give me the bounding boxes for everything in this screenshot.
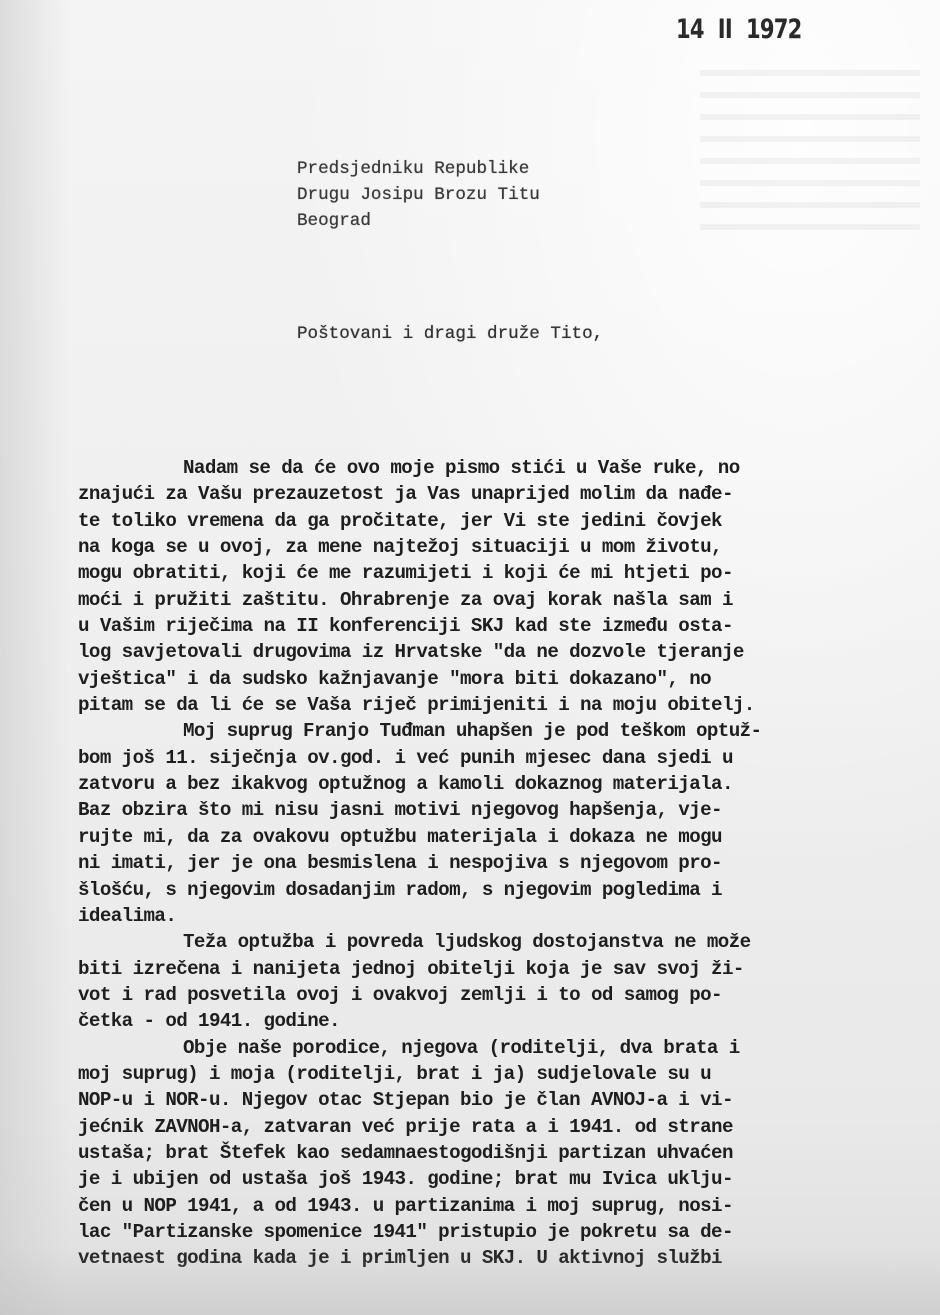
body-line: vot i rad posvetila ovoj i ovakvoj zemlj… <box>78 982 938 1008</box>
salutation: Poštovani i dragi druže Tito, <box>297 324 603 344</box>
date-day: 14 <box>676 14 704 45</box>
body-line: rujte mi, da za ovakovu optužbu materija… <box>78 824 938 850</box>
body-line: četka - od 1941. godine. <box>78 1008 938 1034</box>
body-line: lac "Partizanske spomenice 1941" pristup… <box>78 1219 938 1245</box>
body-line: Obje naše porodice, njegova (roditelji, … <box>78 1035 938 1061</box>
body-line: znajući za Vašu prezauzetost ja Vas unap… <box>78 481 938 507</box>
body-line: moći i pružiti zaštitu. Ohrabrenje za ov… <box>78 587 938 613</box>
body-line: idealima. <box>78 903 938 929</box>
body-line: vještica" i da sudsko kažnjavanje "mora … <box>78 666 938 692</box>
body-line: mogu obratiti, koji će me razumijeti i k… <box>78 560 938 586</box>
address-line: Drugu Josipu Brozu Titu <box>297 182 540 208</box>
body-line: ustaša; brat Štefek kao sedamnaestogodiš… <box>78 1140 938 1166</box>
body-line: bom još 11. siječnja ov.god. i već punih… <box>78 745 938 771</box>
body-line: na koga se u ovoj, za mene najtežoj situ… <box>78 534 938 560</box>
body-line: u Vašim riječima na II konferenciji SKJ … <box>78 613 938 639</box>
body-line: log savjetovali drugovima iz Hrvatske "d… <box>78 639 938 665</box>
body-line: Teža optužba i povreda ljudskog dostojan… <box>78 929 938 955</box>
body-line: Moj suprug Franjo Tuđman uhapšen je pod … <box>78 718 938 744</box>
body-line: šlošću, s njegovim dosadanjim radom, s n… <box>78 877 938 903</box>
address-line: Beograd <box>297 208 540 234</box>
body-line: Baz obzira što mi nisu jasni motivi njeg… <box>78 797 938 823</box>
body-line: NOP-u i NOR-u. Njegov otac Stjepan bio j… <box>78 1087 938 1113</box>
date-month: II <box>718 14 732 45</box>
body-line: čen u NOP 1941, a od 1943. u partizanima… <box>78 1193 938 1219</box>
bleed-through-text <box>700 70 920 240</box>
body-line: vetnaest godina kada je i primljen u SKJ… <box>78 1245 938 1271</box>
body-line: zatvoru a bez ikakvog optužnog a kamoli … <box>78 771 938 797</box>
body-line: te toliko vremena da ga pročitate, jer V… <box>78 508 938 534</box>
date-stamp: 14II1972 <box>676 14 815 45</box>
body-line: je i ubijen od ustaša još 1943. godine; … <box>78 1166 938 1192</box>
recipient-address: Predsjedniku Republike Drugu Josipu Broz… <box>297 156 540 234</box>
body-line: moj suprug) i moja (roditelji, brat i ja… <box>78 1061 938 1087</box>
letter-body: Nadam se da će ovo moje pismo stići u Va… <box>78 455 938 1272</box>
body-line: biti izrečena i nanijeta jednoj obitelji… <box>78 956 938 982</box>
body-line: Nadam se da će ovo moje pismo stići u Va… <box>78 455 938 481</box>
date-year: 1972 <box>746 14 802 45</box>
address-line: Predsjedniku Republike <box>297 156 540 182</box>
body-line: jećnik ZAVNOH-a, zatvaran već prije rata… <box>78 1114 938 1140</box>
letter-page: 14II1972 Predsjedniku Republike Drugu Jo… <box>0 0 940 1315</box>
body-line: ni imati, jer je ona besmislena i nespoj… <box>78 850 938 876</box>
body-line: pitam se da li će se Vaša riječ primijen… <box>78 692 938 718</box>
